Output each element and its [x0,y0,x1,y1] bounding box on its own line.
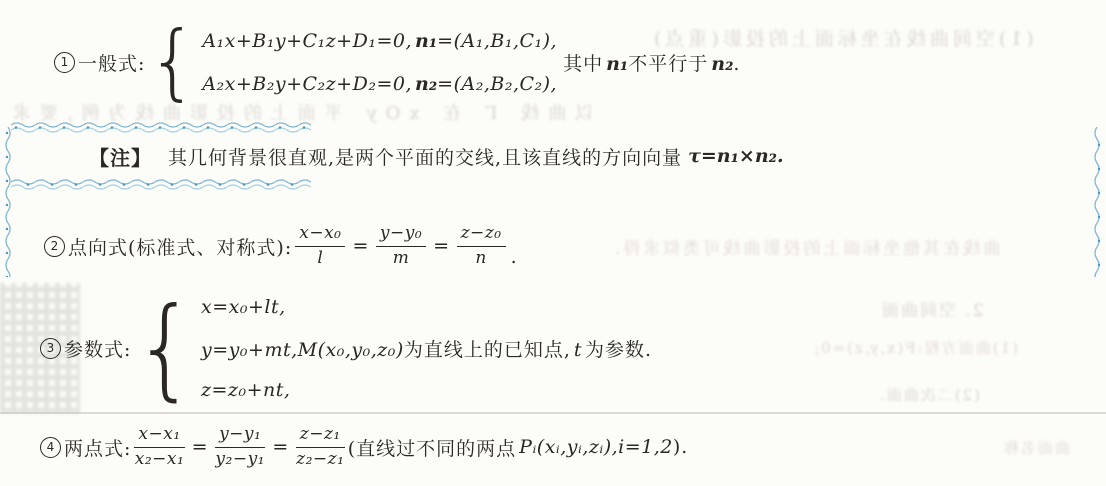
two-point-form-label: 两点式: [64,434,131,461]
parametric-equation-y: y=y₀+mt,M(x₀,y₀,z₀) 为直线上的已知点, t 为参数. [201,335,652,362]
circled-number-4: 4 [40,437,61,458]
fraction-x: x−x₁ x₂−x₁ [134,425,184,469]
parameter-t-symbol: t [574,339,582,361]
fraction-z-numerator: z−z₁ [296,425,345,448]
parametric-equation-x: x=x₀+lt, [201,296,652,318]
parametric-equation-system: x=x₀+lt, y=y₀+mt,M(x₀,y₀,z₀) 为直线上的已知点, t… [201,296,652,401]
general-form-label: 一般式: [78,49,145,76]
fraction-y: y−y₀ m [376,224,426,268]
formula-block-point-direction-form: 2 点向式(标准式、对称式): x−x₀ l = y−y₀ m = z−z₀ n… [44,220,517,272]
circled-number-2: 2 [44,236,65,257]
fraction-y-numerator: y−y₁ [215,425,265,448]
known-point-text: 为直线上的已知点, [404,335,571,362]
direction-vector-formula: τ=n₁×n₂. [688,145,784,167]
period: . [733,53,740,75]
fraction-z: z−z₀ n [457,224,506,268]
note-label: 【注】 [89,142,152,171]
fraction-y-denominator: m [393,247,410,269]
note-content: 【注】 其几何背景很直观,是两个平面的交线,且该直线的方向向量 τ=n₁×n₂. [89,119,1087,193]
scanned-textbook-page: { "page_bg": "#fcfcf9", "ink": "#2b2824"… [0,0,1106,486]
equals-sign: = [352,235,368,257]
circled-number-4-digit: 4 [47,440,55,454]
equals-sign: = [433,235,449,257]
fraction-z-denominator: n [475,247,486,269]
circled-number-3: 3 [40,338,61,359]
parametric-equation-z: z=z₀+nt, [201,379,652,401]
formula-block-parametric-form: 3 参数式: { x=x₀+lt, y=y₀+mt,M(x₀,y₀,z₀) 为直… [40,286,652,410]
parametric-form-label: 参数式: [64,335,131,362]
bleed-through-text: 曲线在其他坐标面上的投影曲线可类似求得. [612,234,1000,259]
equals-sign: = [192,436,208,458]
plane-equation-1-lhs: A₁x+B₁y+C₁z+D₁=0, [202,30,412,52]
bleed-through-text: (1)曲面方程:F(x,y,z)=0; [812,337,1018,358]
plane-equation-1: A₁x+B₁y+C₁z+D₁=0, n₁ =(A₁,B₁,C₁), [202,30,557,52]
period: . [511,246,518,268]
circled-number-1: 1 [54,52,75,73]
wavy-border-right-decoration [1091,127,1103,277]
fraction-z-numerator: z−z₀ [457,224,506,247]
closing-paren-period: ). [673,436,688,458]
note-text: 其几何背景很直观,是两个平面的交线,且该直线的方向向量 [168,143,682,170]
non-parallel-condition: 其中 n₁ 不平行于 n₂ . [563,49,740,76]
note-box: 【注】 其几何背景很直观,是两个平面的交线,且该直线的方向向量 τ=n₁×n₂. [3,119,1103,193]
normal-vector-n2-components: =(A₂,B₂,C₂), [437,73,557,95]
circled-number-1-digit: 1 [61,55,69,69]
two-point-condition-text: (直线过不同的两点 [348,434,516,461]
left-brace: { [147,21,198,103]
fraction-x-numerator: x−x₁ [134,425,184,448]
fraction-x-denominator: l [317,247,323,269]
normal-vector-n1-components: =(A₁,B₁,C₁), [437,30,557,52]
fraction-z-denominator: z₂−z₁ [296,448,344,470]
parameter-text: 为参数. [585,335,652,362]
parametric-equation-x-text: x=x₀+lt, [201,296,286,318]
plane-equation-2-lhs: A₂x+B₂y+C₂z+D₂=0, [202,73,412,95]
circled-number-3-digit: 3 [47,341,55,355]
point-direction-form-label: 点向式(标准式、对称式): [68,233,292,260]
bleed-through-text: (2)二次曲面. [878,384,980,405]
fraction-x-denominator: x₂−x₁ [135,448,185,470]
equals-sign: = [272,436,288,458]
vector-n2-symbol: n₂ [711,53,733,75]
normal-vector-n1: n₁ [415,30,437,52]
fraction-y: y−y₁ y₂−y₁ [215,425,265,469]
parametric-equation-z-text: z=z₀+nt, [201,379,290,401]
fraction-x: x−x₀ l [295,224,345,268]
fraction-x-numerator: x−x₀ [295,224,345,247]
wavy-border-left-decoration [3,127,15,277]
bleed-through-text: 2. 空间曲面 [880,296,984,321]
normal-vector-n2: n₂ [415,73,437,95]
fraction-y-numerator: y−y₀ [376,224,426,247]
formula-block-two-point-form: 4 两点式: x−x₁ x₂−x₁ = y−y₁ y₂−y₁ = z−z₁ z₂… [40,420,688,474]
bleed-through-text: 曲面名称 [1002,437,1070,458]
condition-text: 其中 [563,49,603,76]
vector-n1-symbol: n₁ [606,53,628,75]
formula-block-general-form: 1 一般式: { A₁x+B₁y+C₁z+D₁=0, n₁ =(A₁,B₁,C₁… [54,14,740,110]
fraction-z: z−z₁ z₂−z₁ [296,425,345,469]
equation-system: A₁x+B₁y+C₁z+D₁=0, n₁ =(A₁,B₁,C₁), A₂x+B₂… [202,30,557,95]
plane-equation-2: A₂x+B₂y+C₂z+D₂=0, n₂ =(A₂,B₂,C₂), [202,73,557,95]
fraction-y-denominator: y₂−y₁ [215,448,265,470]
condition-text: 不平行于 [628,49,708,76]
two-point-condition-math: Pᵢ(xᵢ,yᵢ,zᵢ),i=1,2 [519,436,673,458]
left-brace: { [133,293,197,403]
scan-artifact-rule [0,412,1106,414]
parametric-equation-y-text: y=y₀+mt,M(x₀,y₀,z₀) [201,339,404,361]
circled-number-2-digit: 2 [51,239,59,253]
